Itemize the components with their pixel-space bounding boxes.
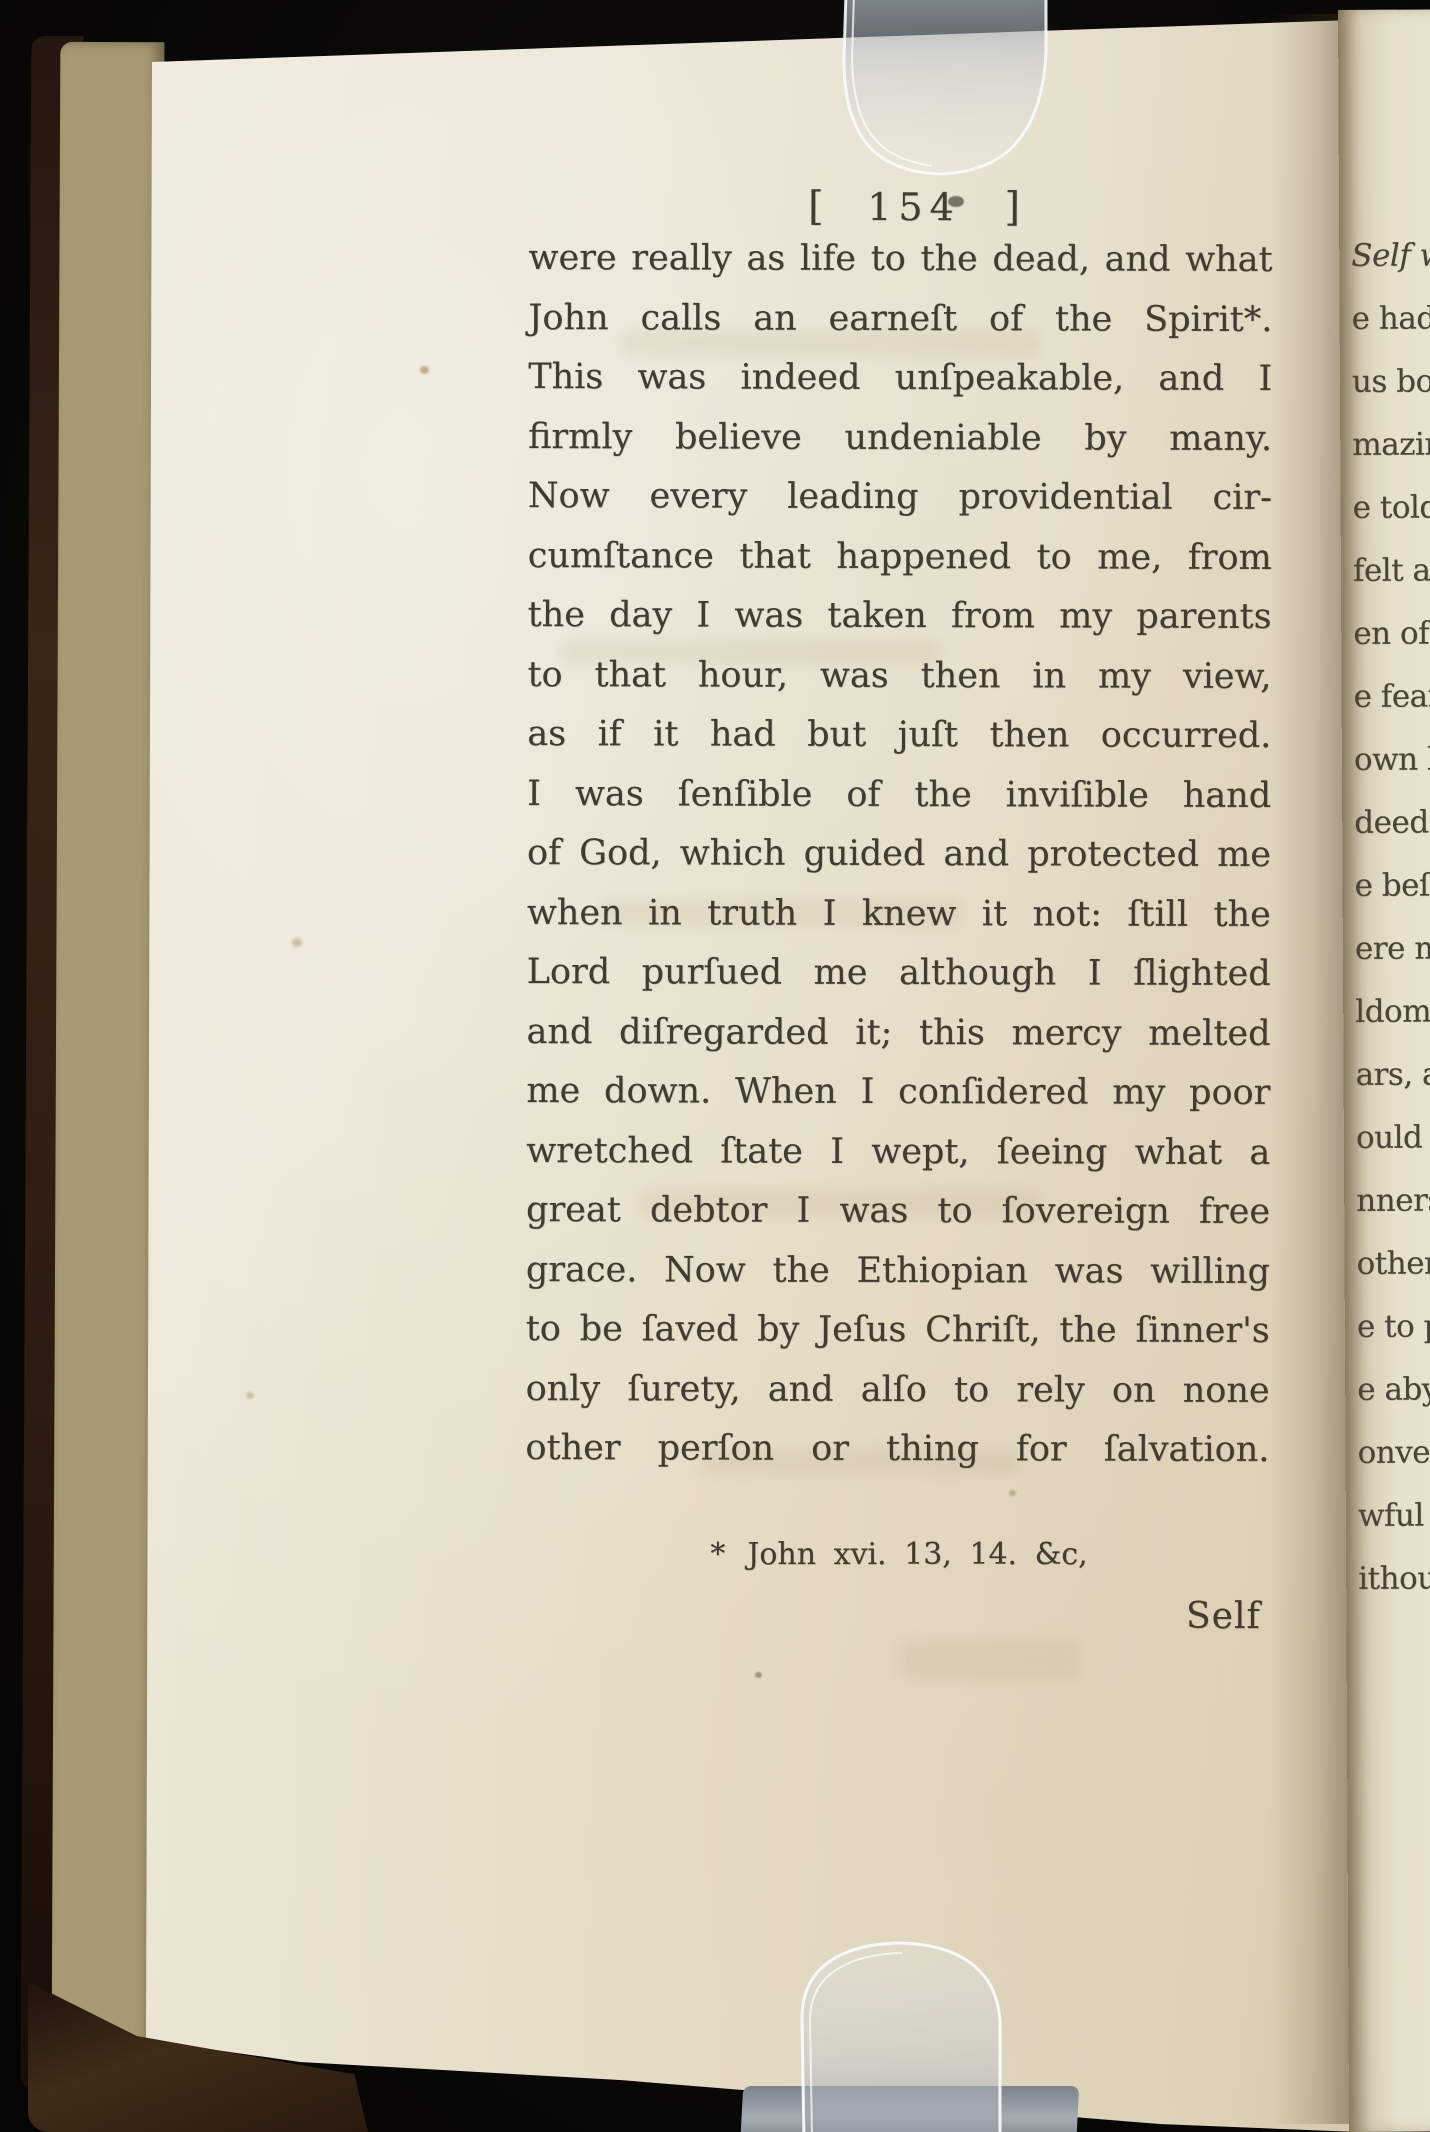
facing-page-text-fragment: e told— [1352,477,1430,540]
top-book-clip [818,0,1078,235]
catchword: Self [1186,1596,1261,1637]
facing-page-text-fragment: ere my [1355,918,1430,981]
text-line: Lord purſued me although I ſlighted [527,943,1271,1004]
footnote-marker: * [710,1537,725,1572]
ink-showthrough [900,1640,1080,1680]
facing-page: Self was e had no us both mazing t e tol… [1338,10,1430,2132]
text-line: when in truth I knew it not: ſtill the [527,884,1271,945]
text-line: I was ſenſible of the inviſible hand [527,765,1271,826]
facing-page-text-fragment: onverted [1357,1421,1430,1484]
facing-page-text-fragment: Self was [1351,225,1430,288]
text-line: great debtor I was to ſovereign free [526,1181,1270,1242]
facing-page-text-fragment: mazing t [1352,414,1430,477]
foxing-spot [246,1392,254,1399]
foxing-spot [420,366,429,374]
text-line: John calls an earneſt of the Spirit*. [528,289,1272,350]
facing-page-text-fragment: deed I [1354,792,1430,855]
text-line: and diſregarded it; this mercy melted [526,1003,1270,1064]
text-line: were really as life to the dead, and wha… [528,229,1272,290]
facing-page-text-fragment: e fears [1353,666,1430,729]
text-line: only ſurety, and alſo to rely on none [526,1360,1270,1421]
facing-page-text-fragment: e abyſs [1357,1358,1430,1421]
facing-page-text-fragment: ould th [1356,1107,1430,1170]
text-line: grace. Now the Ethiopian was willing [526,1241,1270,1302]
foxing-spot [292,938,302,947]
facing-page-text-column: Self was e had no us both mazing t e tol… [1338,10,1430,1611]
foxing-spot [1009,1490,1016,1496]
text-line: to be ſaved by Jeſus Chriſt, the ſinner'… [526,1300,1270,1361]
facing-page-text-fragment: e beſt e [1354,855,1430,918]
facing-page-text-fragment: en of ſin [1353,603,1430,666]
text-line: the day I was taken from my parents [528,586,1272,647]
text-line: firmly believe undeniable by many. [528,408,1272,469]
facing-page-text-fragment: other a [1356,1233,1430,1296]
text-line: to that hour, was then in my view, [527,646,1271,707]
bottom-book-clip [760,1928,1060,2132]
facing-page-text-fragment: ars, and [1355,1044,1430,1107]
text-line: of God, which guided and protected me [527,824,1271,885]
text-line: wretched ſtate I wept, ſeeing what a [526,1122,1270,1183]
facing-page-text-fragment: e had no [1351,288,1430,351]
footnote: *John xvi. 13, 14. &c, [527,1537,1271,1572]
text-line: other perſon or thing for ſalvation. [525,1419,1269,1480]
foxing-spot [755,1672,762,1678]
page-text-block: were really as life to the dead, and wha… [525,229,1272,1480]
text-line: Now every leading providential cir- [528,467,1272,528]
text-line: This was indeed unſpeakable, and I [528,348,1272,409]
facing-page-text-fragment: ithout h [1358,1547,1430,1610]
text-line: cumſtance that happened to me, from [528,527,1272,588]
photo-backdrop: [ 154 ] were really as life to the dead,… [0,0,1430,2132]
text-line: me down. When I conſidered my poor [526,1062,1270,1123]
facing-page-text-fragment: ldom e [1355,981,1430,1044]
facing-page-text-fragment: own be [1354,729,1430,792]
facing-page-text-fragment: us both [1352,351,1430,414]
gutter-shadow [1270,14,1350,2124]
facing-page-text-fragment: e to pra [1357,1296,1430,1359]
facing-page-text-fragment: wful ſta [1358,1484,1430,1547]
text-line: as if it had but juſt then occurred. [527,705,1271,766]
footnote-text: John xvi. 13, 14. &c, [747,1537,1087,1572]
facing-page-text-fragment: felt an a [1353,540,1430,603]
facing-page-text-fragment: nners ? [1356,1170,1430,1233]
